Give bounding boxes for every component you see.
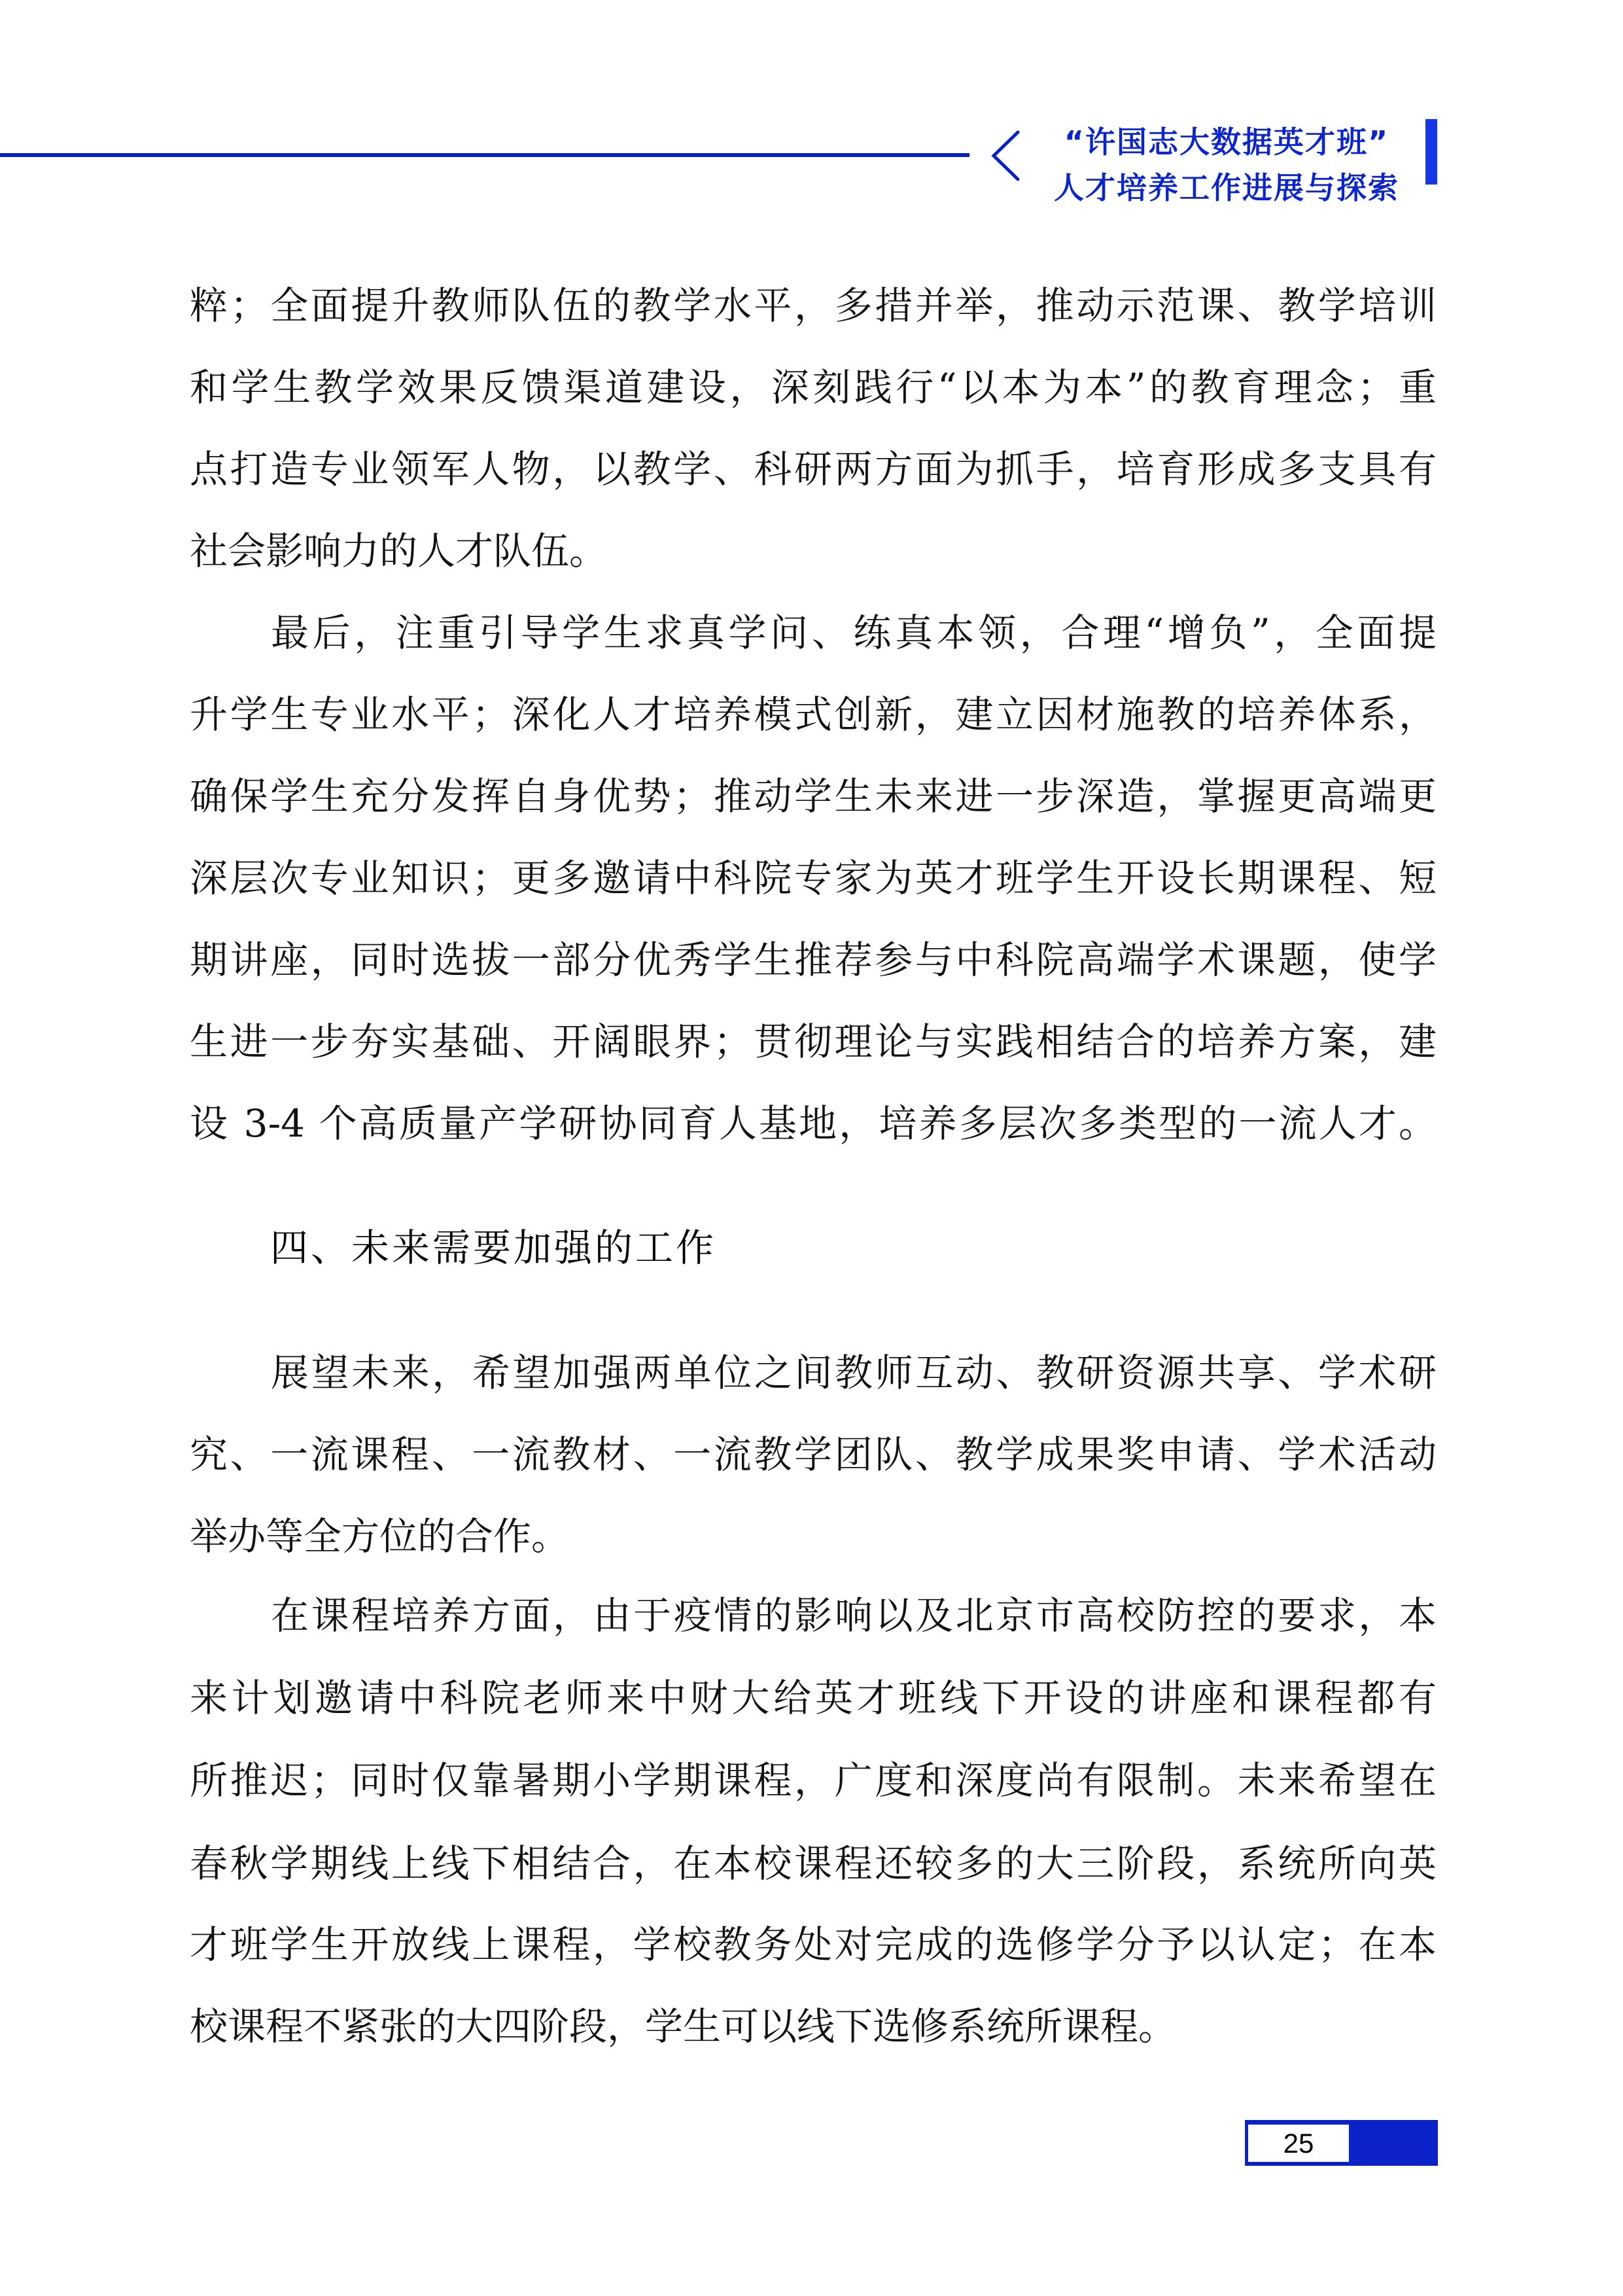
text-line: 来计划邀请中科院老师来中财大给英才班线下开设的讲座和课程都有: [190, 1672, 1437, 1724]
chevron-left-icon: [989, 130, 1022, 182]
text-line: 最后，注重引导学生求真学问、练真本领，合理“增负”，全面提: [271, 607, 1437, 659]
text-line: 期讲座，同时选拔一部分优秀学生推荐参与中科院高端学术课题，使学: [190, 934, 1437, 986]
running-header-title: “许国志大数据英才班” 人才培养工作进展与探索: [1040, 119, 1413, 211]
text-line: 春秋学期线上线下相结合，在本校课程还较多的大三阶段，系统所向英: [190, 1837, 1437, 1890]
text-line: 升学生专业水平；深化人才培养模式创新，建立因材施教的培养体系，: [190, 688, 1437, 741]
section-heading: 四、未来需要加强的工作: [270, 1222, 716, 1274]
header-rule: [0, 153, 969, 157]
page-number-panel: 25: [1248, 2125, 1349, 2162]
text-line: 粹；全面提升教师队伍的教学水平，多措并举，推动示范课、教学培训: [190, 279, 1437, 332]
text-line: 在课程培养方面，由于疫情的影响以及北京市高校防控的要求，本: [271, 1589, 1437, 1642]
header-accent-bar: [1425, 119, 1437, 185]
text-line: 生进一步夯实基础、开阔眼界；贯彻理论与实践相结合的培养方案，建: [190, 1016, 1437, 1068]
text-line: 点打造专业领军人物，以教学、科研两方面为抓手，培育形成多支具有: [190, 443, 1437, 495]
document-page: “许国志大数据英才班” 人才培养工作进展与探索 粹；全面提升教师队伍的教学水平，…: [0, 0, 1623, 2296]
text-line: 确保学生充分发挥自身优势；推动学生未来进一步深造，掌握更高端更: [190, 770, 1437, 822]
text-line: 校课程不紧张的大四阶段，学生可以线下选修系统所课程。: [190, 2000, 1437, 2053]
text-line: 举办等全方位的合作。: [190, 1510, 1437, 1563]
text-line: 展望未来，希望加强两单位之间教师互动、教研资源共享、学术研: [271, 1347, 1437, 1399]
text-line: 社会影响力的人才队伍。: [190, 525, 1437, 577]
text-line: 才班学生开放线上课程，学校教务处对完成的选修学分予以认定；在本: [190, 1918, 1437, 1971]
page-number: 25: [1283, 2128, 1314, 2159]
text-line: 设 3-4 个高质量产学研协同育人基地，培养多层次多类型的一流人才。: [190, 1097, 1437, 1150]
text-line: 所推迟；同时仅靠暑期小学期课程，广度和深度尚有限制。未来希望在: [190, 1754, 1437, 1807]
text-line: 和学生教学效果反馈渠道建设，深刻践行“以本为本”的教育理念；重: [190, 361, 1437, 414]
header-title-line-1: “许国志大数据英才班”: [1040, 119, 1413, 165]
text-line: 深层次专业知识；更多邀请中科院专家为英才班学生开设长期课程、短: [190, 852, 1437, 904]
page-number-box: 25: [1245, 2120, 1438, 2166]
header-title-line-2: 人才培养工作进展与探索: [1040, 165, 1413, 211]
text-line: 究、一流课程、一流教材、一流教学团队、教学成果奖申请、学术活动: [190, 1428, 1437, 1481]
